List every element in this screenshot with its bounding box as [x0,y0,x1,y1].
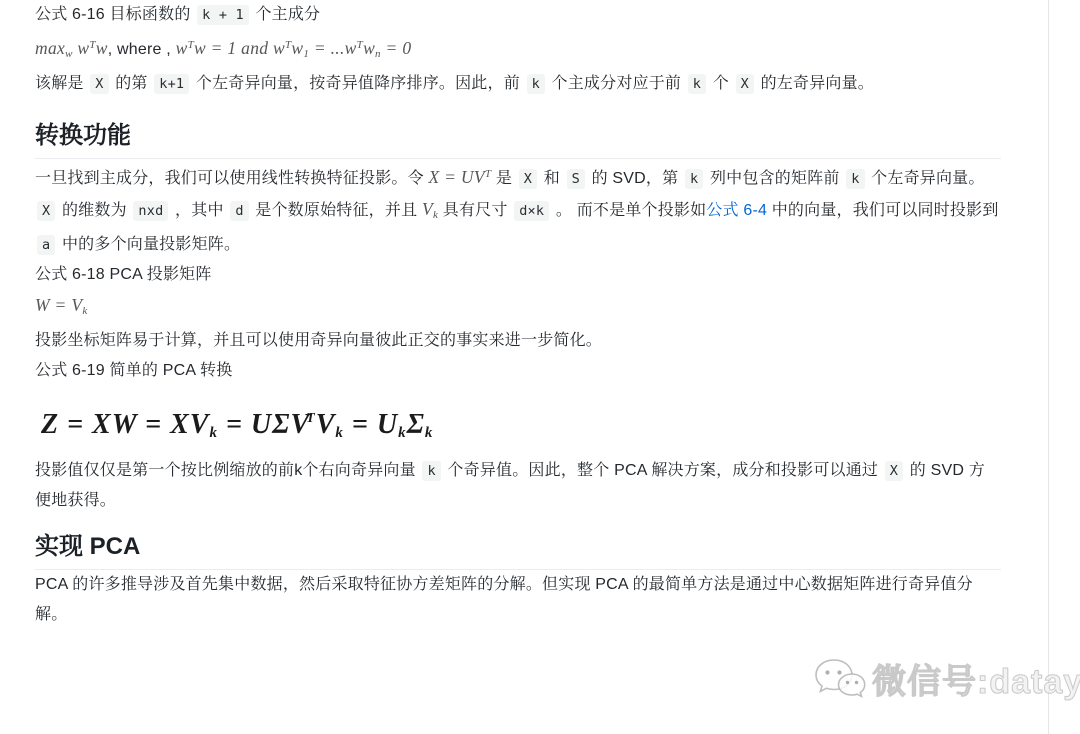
pane-divider [1048,0,1049,734]
eq-6-16-caption: 公式 6-16 目标函数的 k + 1 个主成分 [35,0,1001,30]
para-projection: 投影坐标矩阵易于计算，并且可以使用奇异向量彼此正交的事实来进一步简化。 [35,326,1001,356]
eq-6-18-caption: 公式 6-18 PCA 投影矩阵 [35,260,1001,290]
document-content: 公式 6-16 目标函数的 k + 1 个主成分 maxw wTw, where… [35,0,1001,630]
para-solution: 该解是 X 的第 k+1 个左奇异向量，按奇异值降序排序。因此，前 k 个主成分… [35,69,1001,99]
eq-6-16-formula: maxw wTw, where , wTw = 1 and wTw1 = ...… [35,30,1001,69]
eq-6-19-formula: Z = XW = XVk = UΣVTVk = UkΣk [35,396,1001,456]
watermark: 微信号:datayx [812,650,1080,706]
para-implement: PCA 的许多推导涉及首先集中数据，然后采取特征协方差矩阵的分解。但实现 PCA… [35,570,1001,630]
eq-6-19-caption: 公式 6-19 简单的 PCA 转换 [35,356,1001,386]
eq-6-18-formula: W = Vk [35,290,1001,326]
heading-transform-function: 转换功能 [35,121,1001,159]
heading-implement-pca: 实现 PCA [35,532,1001,570]
wechat-icon [812,650,868,706]
link-eq-6-4[interactable]: 公式 6-4 [706,202,767,219]
para-svd-summary: 投影值仅仅是第一个按比例缩放的前k个右向奇异向量 k 个奇异值。因此，整个 PC… [35,456,1001,516]
document-page: 公式 6-16 目标函数的 k + 1 个主成分 maxw wTw, where… [0,0,1080,734]
para-transform: 一旦找到主成分，我们可以使用线性转换特征投影。令 X = UVT 是 X 和 S… [35,159,1001,260]
